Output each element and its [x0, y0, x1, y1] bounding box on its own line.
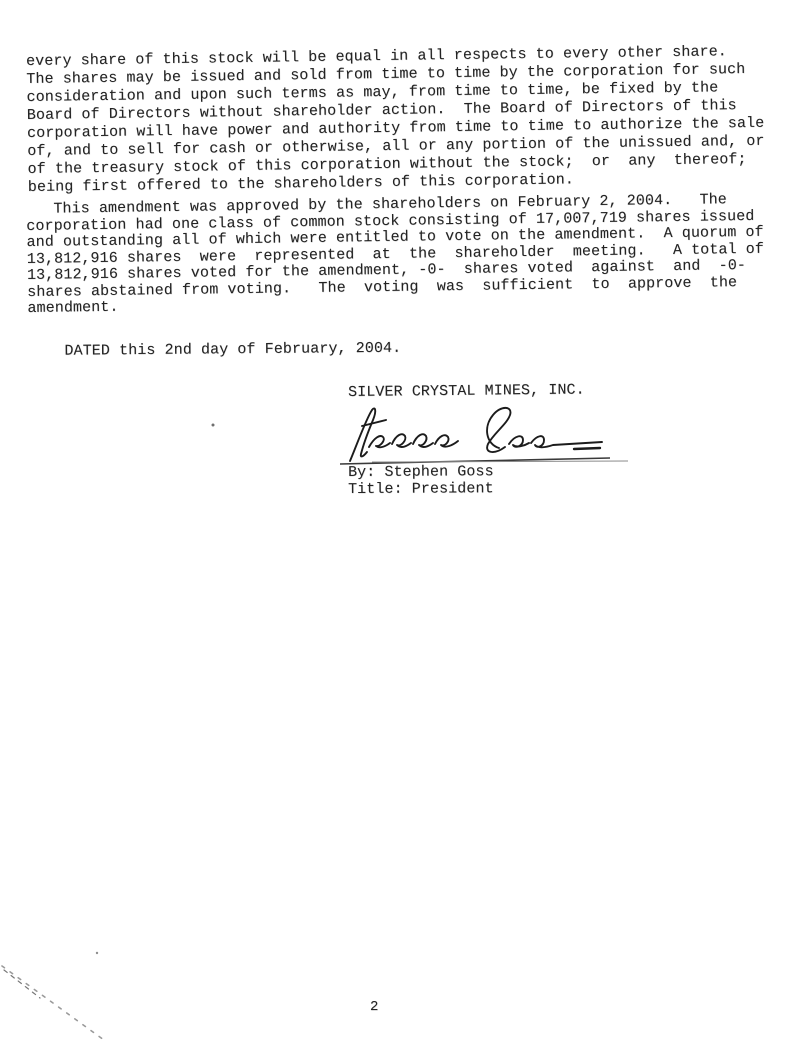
signature-by-line: By: Stephen Goss	[348, 463, 494, 481]
company-name: SILVER CRYSTAL MINES, INC.	[348, 382, 585, 401]
scan-scratch-mark	[2, 966, 104, 1040]
paragraph-stock-terms: every share of this stock will be equal …	[26, 43, 778, 197]
paragraph-amendment-approval: This amendment was approved by the share…	[26, 192, 778, 318]
signature-ink	[350, 408, 602, 461]
dated-line: DATED this 2nd day of February, 2004.	[28, 340, 401, 360]
scan-speck	[96, 952, 98, 954]
signature-title-line: Title: President	[348, 480, 494, 498]
handwritten-signature: Stephen Goss	[336, 403, 636, 469]
scanned-document-page: every share of this stock will be equal …	[0, 0, 793, 1041]
scan-speck	[212, 424, 215, 427]
page-number: 2	[370, 999, 379, 1015]
